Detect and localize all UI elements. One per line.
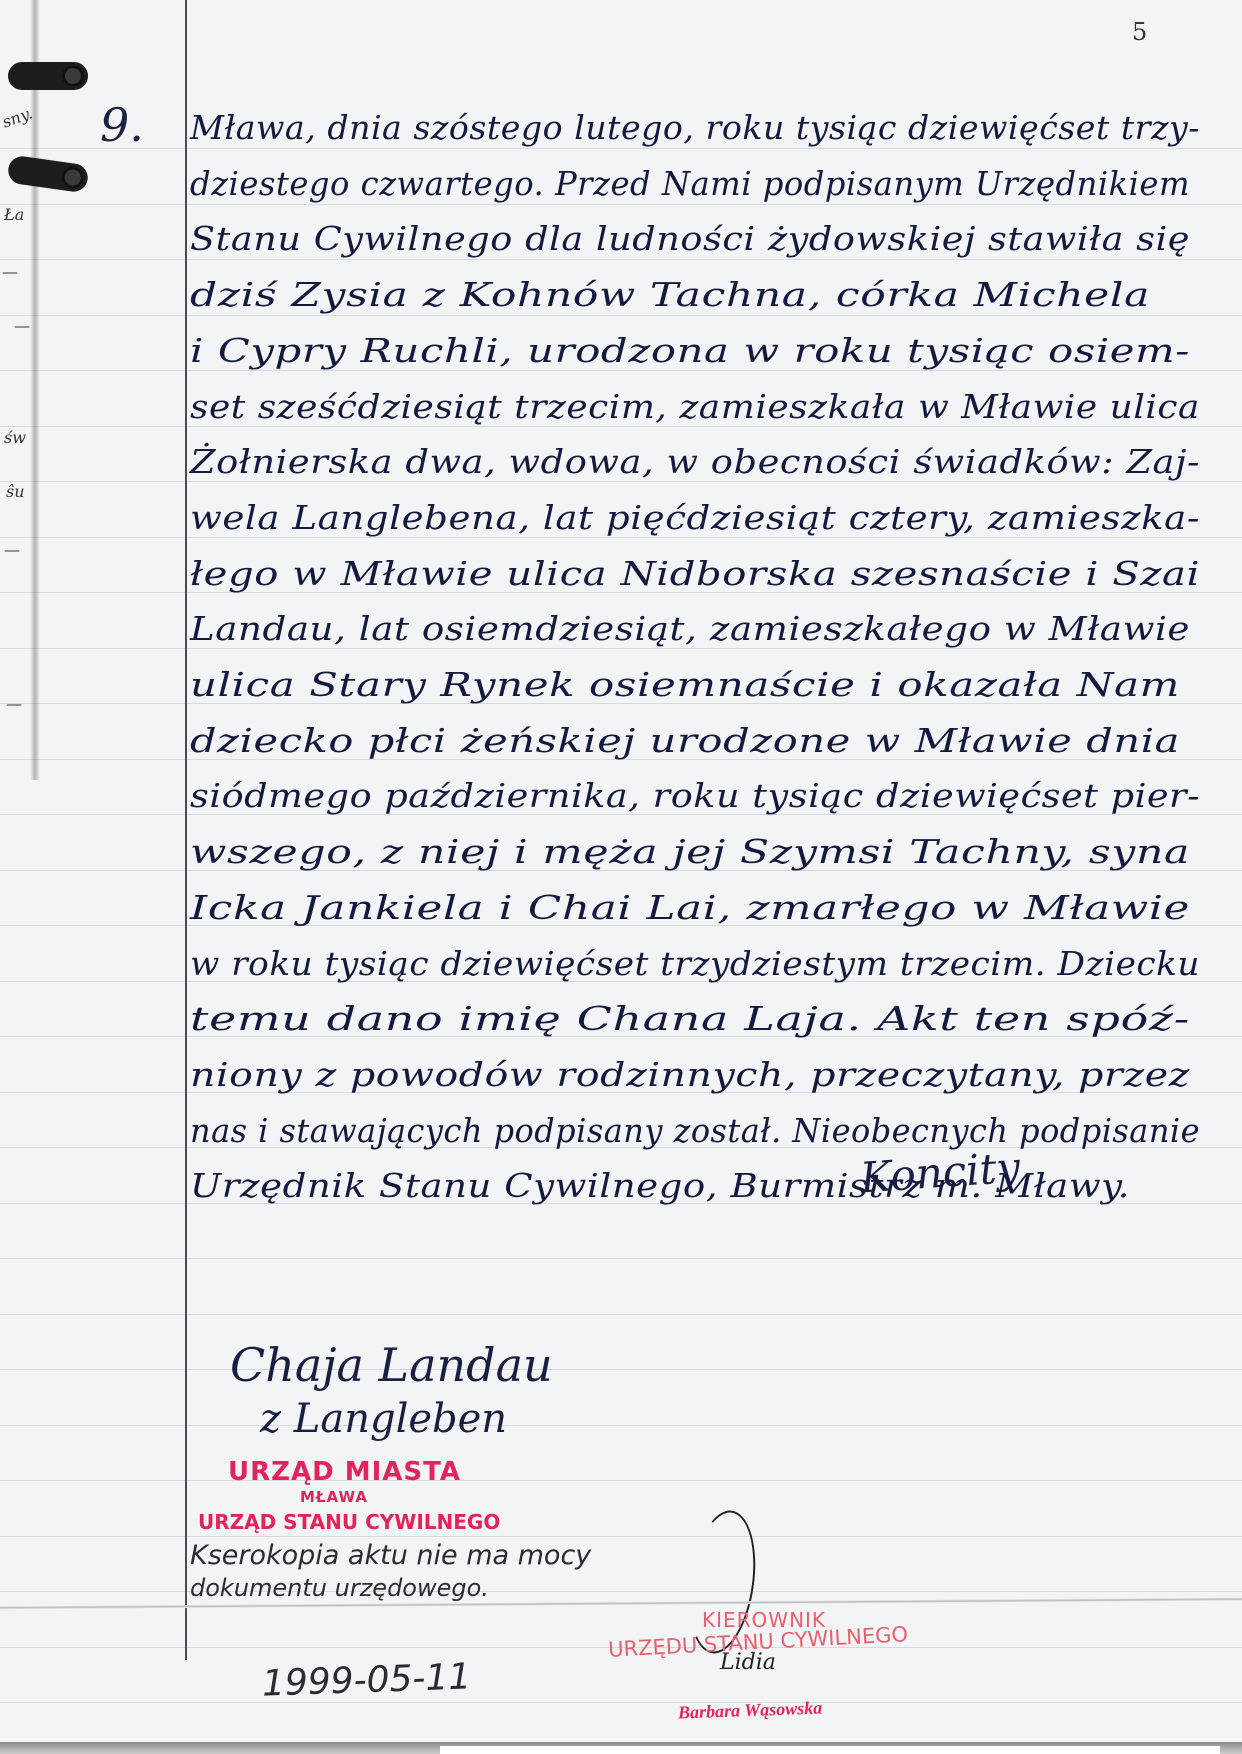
declarant-signature-maiden: z Langleben (260, 1396, 507, 1442)
margin-note: ŝu (6, 482, 25, 501)
margin-note: — (14, 316, 30, 335)
record-line: siódmego października, roku tysiąc dziew… (190, 776, 1200, 815)
margin-rule (185, 0, 187, 1660)
page-number: 5 (1132, 18, 1147, 46)
copy-note-line1: Kserokopia aktu nie ma mocy (190, 1540, 591, 1571)
copy-note-line2: dokumentu urzędowego. (190, 1574, 489, 1602)
margin-note: — (6, 694, 22, 713)
margin-note: Ła (4, 205, 24, 224)
binding-hole-icon (6, 155, 89, 194)
record-line: temu dano imię Chana Laja. Akt ten spóź- (190, 999, 1190, 1038)
record-line: Mława, dnia szóstego lutego, roku tysiąc… (190, 108, 1200, 147)
record-line: dziecko płci żeńskiej urodzone w Mławie … (190, 721, 1180, 760)
record-line: set sześćdziesiąt trzecim, zamieszkała w… (190, 387, 1200, 426)
margin-note: — (2, 262, 18, 281)
binding-hole-icon (8, 62, 88, 90)
record-line: Landau, lat osiemdziesiąt, zamieszkałego… (190, 609, 1190, 648)
ruled-line (0, 1702, 1242, 1703)
margin-note: św (4, 428, 26, 447)
record-line: wela Langlebena, lat pięćdziesiąt cztery… (190, 498, 1200, 537)
record-line: i Cypry Ruchli, urodzona w roku tysiąc o… (190, 331, 1190, 370)
record-line: Żołnierska dwa, wdowa, w obecności świad… (190, 442, 1200, 481)
record-line: ulica Stary Rynek osiemnaście i okazała … (190, 665, 1180, 704)
record-line: w roku tysiąc dziewięćset trzydziestym t… (190, 944, 1200, 983)
record-line: Stanu Cywilnego dla ludności żydowskiej … (190, 219, 1190, 258)
margin-note: — (4, 540, 20, 559)
office-stamp-line1: URZĄD MIASTA (228, 1457, 461, 1487)
scanner-bed (440, 1746, 1220, 1754)
record-line: Icka Jankiela i Chai Lai, zmarłego w Mła… (190, 888, 1190, 927)
document-page: 5 9. sny. Ła — — św ŝu — — Mława, dnia s… (0, 0, 1242, 1750)
record-line: dziś Zysia z Kohnów Tachna, córka Michel… (190, 275, 1150, 314)
record-line: niony z powodów rodzinnych, przeczytany,… (190, 1055, 1190, 1094)
registrar-signature: Lidia (720, 1650, 776, 1675)
copy-date: 1999-05-11 (261, 1656, 472, 1704)
record-line: wszego, z niej i męża jej Szymsi Tachny,… (190, 832, 1190, 871)
declarant-signature: Chaja Landau (230, 1338, 553, 1392)
office-stamp-line3: URZĄD STANU CYWILNEGO (198, 1510, 500, 1534)
record-line: łego w Mławie ulica Nidborska szesnaście… (190, 554, 1200, 593)
registrar-name: Barbara Wąsowska (678, 1697, 823, 1723)
office-stamp-line2: MŁAWA (300, 1488, 368, 1506)
record-line: dziestego czwartego. Przed Nami podpisan… (190, 164, 1190, 203)
record-line: nas i stawających podpisany został. Nieo… (190, 1111, 1200, 1150)
entry-number: 9. (100, 98, 144, 152)
